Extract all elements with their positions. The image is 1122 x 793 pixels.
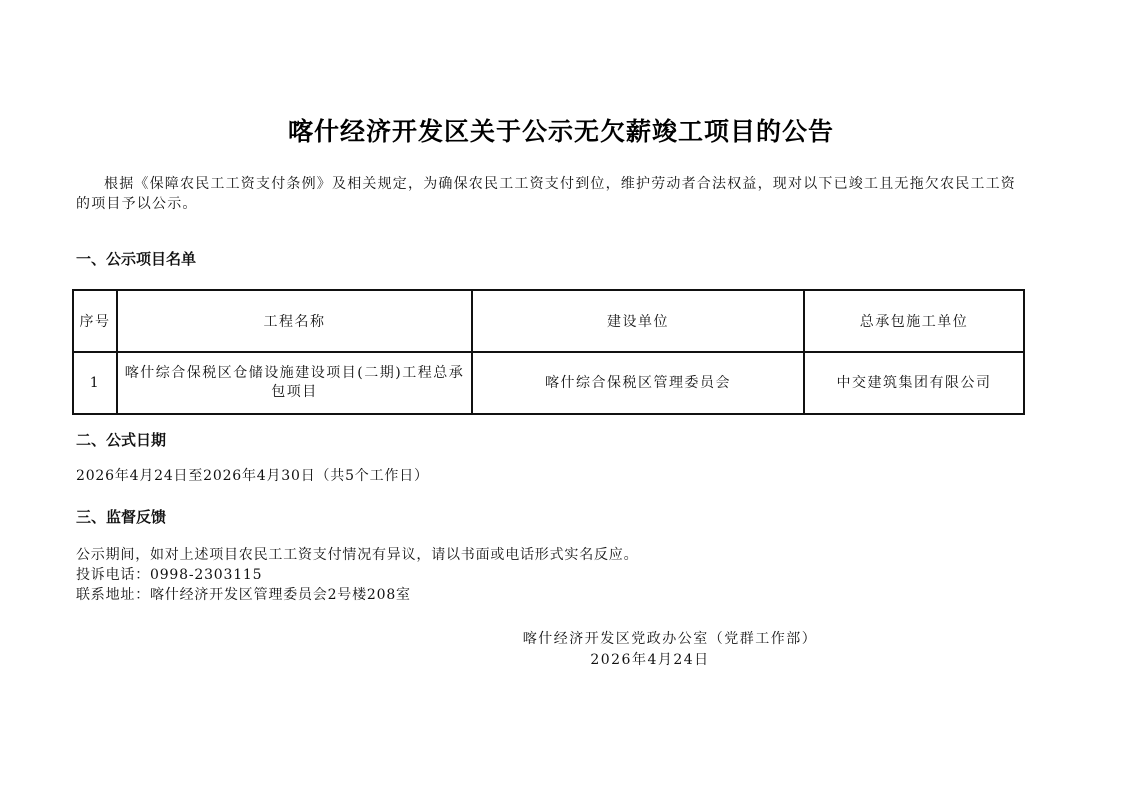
cell-contractor: 中交建筑集团有限公司 xyxy=(804,352,1024,414)
contact-address: 联系地址：喀什经济开发区管理委员会2号楼208室 xyxy=(76,585,411,605)
header-builder: 建设单位 xyxy=(472,290,804,352)
intro-paragraph: 根据《保障农民工工资支付条例》及相关规定，为确保农民工工资支付到位，维护劳动者合… xyxy=(76,174,1026,214)
header-project: 工程名称 xyxy=(117,290,472,352)
header-contractor: 总承包施工单位 xyxy=(804,290,1024,352)
notice-title: 喀什经济开发区关于公示无欠薪竣工项目的公告 xyxy=(0,112,1122,148)
complaint-phone: 投诉电话：0998-2303115 xyxy=(76,565,262,585)
section1-heading: 一、公示项目名单 xyxy=(76,248,196,269)
cell-builder: 喀什综合保税区管理委员会 xyxy=(472,352,804,414)
cell-project: 喀什综合保税区仓储设施建设项目(二期)工程总承包项目 xyxy=(117,352,472,414)
table-header-row: 序号 工程名称 建设单位 总承包施工单位 xyxy=(73,290,1024,352)
header-index: 序号 xyxy=(73,290,117,352)
feedback-line: 公示期间，如对上述项目农民工工资支付情况有异议，请以书面或电话形式实名反应。 xyxy=(76,545,638,565)
table-row: 1 喀什综合保税区仓储设施建设项目(二期)工程总承包项目 喀什综合保税区管理委员… xyxy=(73,352,1024,414)
cell-index: 1 xyxy=(73,352,117,414)
section3-heading: 三、监督反馈 xyxy=(76,506,166,527)
signature-org: 喀什经济开发区党政办公室（党群工作部） xyxy=(480,628,860,648)
signature-date: 2026年4月24日 xyxy=(480,649,820,669)
project-table: 序号 工程名称 建设单位 总承包施工单位 1 喀什综合保税区仓储设施建设项目(二… xyxy=(72,289,1025,415)
section2-heading: 二、公式日期 xyxy=(76,429,166,450)
date-range: 2026年4月24日至2026年4月30日（共5个工作日） xyxy=(76,466,429,486)
